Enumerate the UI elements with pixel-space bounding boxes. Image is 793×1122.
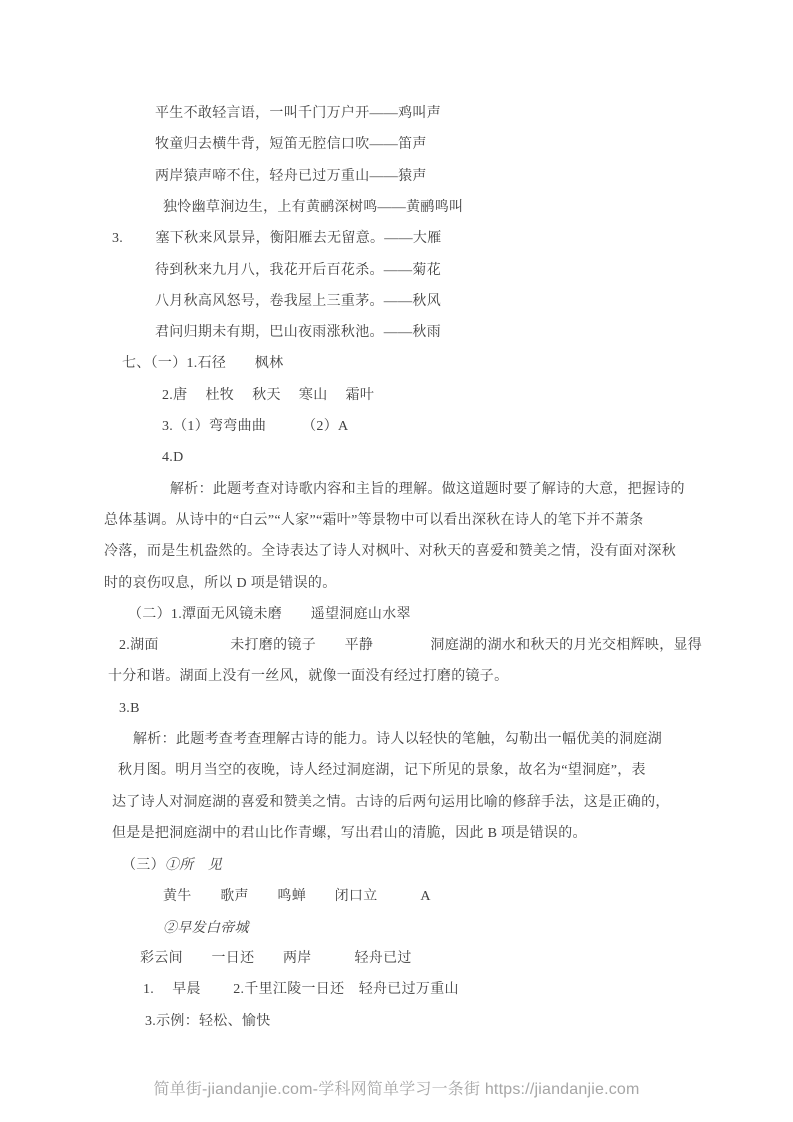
doc-line: ②早发白帝城	[163, 918, 249, 938]
doc-line: 但是是把洞庭湖中的君山比作青螺，写出君山的清脆，因此 B 项是错误的。	[112, 824, 587, 844]
doc-line: （二）1.潭面无风镜未磨 遥望洞庭山水翠	[128, 605, 411, 625]
doc-line: 独怜幽草涧边生，上有黄鹂深树鸣——黄鹂鸣叫	[163, 198, 463, 218]
doc-line: 平生不敢轻言语，一叫千门万户开——鸡叫声	[155, 104, 441, 124]
doc-line: 八月秋高风怒号，卷我屋上三重茅。——秋风	[155, 292, 441, 312]
doc-line: 3.B	[119, 699, 140, 719]
answer-sheet-page: 平生不敢轻言语，一叫千门万户开——鸡叫声牧童归去横牛背，短笛无腔信口吹——笛声两…	[0, 0, 793, 1122]
doc-line: 解析：此题考查对诗歌内容和主旨的理解。做这道题时要了解诗的大意，把握诗的	[170, 480, 685, 500]
watermark-text: 简单街-jiandanjie.com-学科网简单学习一条街 https://ji…	[153, 1081, 639, 1098]
doc-line: 牧童归去横牛背，短笛无腔信口吹——笛声	[155, 135, 427, 155]
doc-line: 2.唐 杜牧 秋天 寒山 霜叶	[162, 386, 374, 406]
doc-line: 解析：此题考查考查理解古诗的能力。诗人以轻快的笔触，勾勒出一幅优美的洞庭湖	[133, 730, 662, 750]
doc-line: 待到秋来九月八，我花开后百花杀。——菊花	[155, 261, 441, 281]
doc-line: 七、（一）1.石径 枫林	[122, 354, 283, 374]
doc-line: 冷落，而是生机盎然的。全诗表达了诗人对枫叶、对秋天的喜爱和赞美之情，没有面对深秋	[104, 542, 676, 562]
doc-line: 彩云间 一日还 两岸 轻舟已过	[140, 949, 412, 969]
doc-line: 1. 早晨 2.千里江陵一日还 轻舟已过万重山	[143, 980, 459, 1000]
doc-line: 3.（1）弯弯曲曲 （2）A	[162, 417, 348, 437]
document-page: { "page": { "background": "#ffffff", "te…	[0, 0, 793, 1122]
watermark-footer: 简单街-jiandanjie.com-学科网简单学习一条街 https://ji…	[0, 1076, 793, 1099]
doc-line: 达了诗人对洞庭湖的喜爱和赞美之情。古诗的后两句运用比喻的修辞手法，这是正确的，	[112, 793, 670, 813]
doc-line: 4.D	[162, 448, 184, 468]
doc-line: 总体基调。从诗中的“白云”“人家”“霜叶”等景物中可以看出深秋在诗人的笔下并不萧…	[104, 511, 644, 531]
doc-line: 十分和谐。湖面上没有一丝风，就像一面没有经过打磨的镜子。	[108, 667, 508, 687]
doc-line: 3.示例：轻松、愉快	[145, 1012, 271, 1032]
doc-line: （三）①所 见	[122, 855, 222, 876]
doc-line: 时的哀伤叹息，所以 D 项是错误的。	[104, 574, 337, 594]
doc-line-run: ①所 见	[165, 857, 222, 873]
doc-line: 黄牛 歌声 鸣蝉 闭口立 A	[163, 887, 431, 907]
doc-line: 两岸猿声啼不住，轻舟已过万重山——猿声	[155, 167, 427, 187]
doc-line: 3. 塞下秋来风景异，衡阳雁去无留意。——大雁	[112, 229, 442, 249]
doc-line: 秋月图。明月当空的夜晚，诗人经过洞庭湖，记下所见的景象，故名为“望洞庭”，表	[118, 761, 646, 781]
doc-line: 2.湖面 未打磨的镜子 平静 洞庭湖的湖水和秋天的月光交相辉映，显得	[119, 636, 702, 656]
doc-line: 君问归期未有期，巴山夜雨涨秋池。——秋雨	[155, 323, 441, 343]
doc-line-run: （三）	[122, 858, 165, 873]
